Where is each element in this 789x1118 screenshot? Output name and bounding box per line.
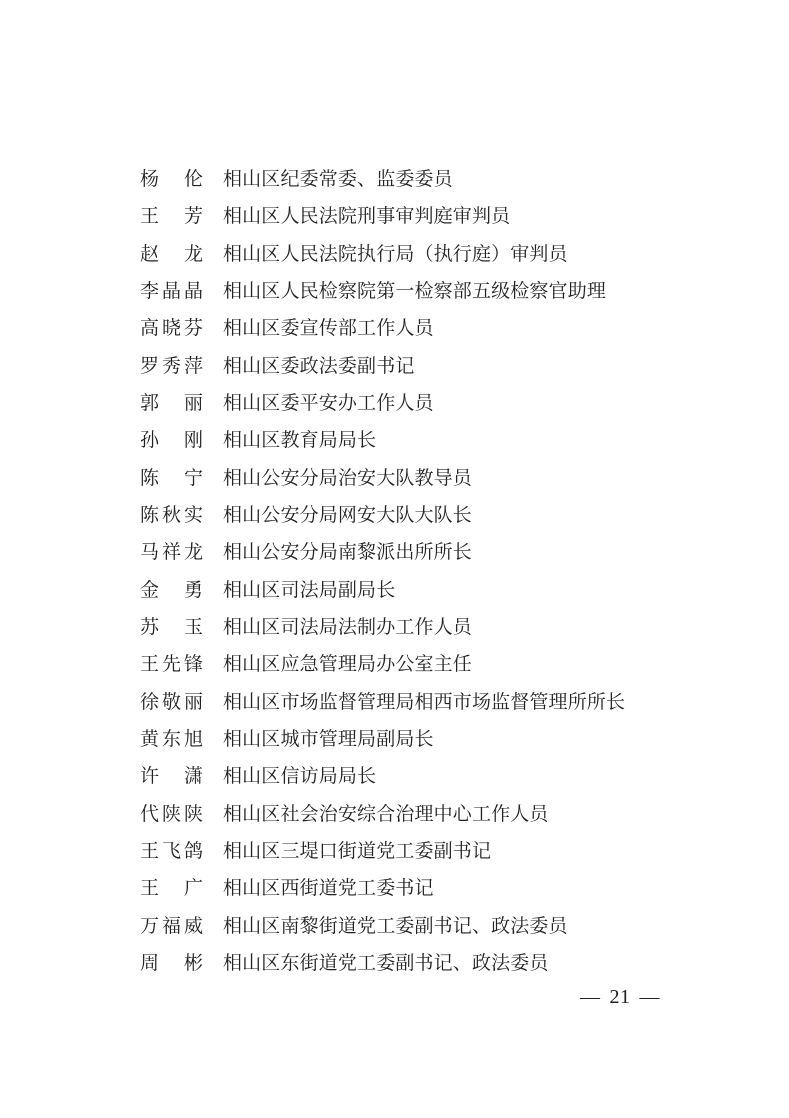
page-number-value: 21 <box>610 986 631 1008</box>
page-number-dash-right: — <box>640 986 661 1008</box>
roster-row: 杨伦相山区纪委常委、监委委员 <box>140 161 700 198</box>
person-name: 周彬 <box>140 945 203 982</box>
document-page: 杨伦相山区纪委常委、监委委员王芳相山区人民法院刑事审判庭审判员赵龙相山区人民法院… <box>0 0 789 1118</box>
person-name: 李晶晶 <box>140 273 203 310</box>
roster-row: 万福威相山区南黎街道党工委副书记、政法委员 <box>140 908 700 945</box>
person-title: 相山区司法局法制办工作人员 <box>223 609 472 646</box>
roster-row: 王广相山区西街道党工委书记 <box>140 870 700 907</box>
page-number-dash-left: — <box>580 986 601 1008</box>
person-name: 许潇 <box>140 758 203 795</box>
person-name: 赵龙 <box>140 236 203 273</box>
person-name: 王广 <box>140 870 203 907</box>
person-title: 相山区人民法院执行局（执行庭）审判员 <box>223 236 568 273</box>
person-title: 相山区城市管理局副局长 <box>223 721 434 758</box>
person-title: 相山区信访局局长 <box>223 758 376 795</box>
roster-row: 苏玉相山区司法局法制办工作人员 <box>140 609 700 646</box>
person-name: 杨伦 <box>140 161 203 198</box>
person-name: 徐敬丽 <box>140 684 203 721</box>
person-name: 王芳 <box>140 198 203 235</box>
person-title: 相山区教育局局长 <box>223 422 376 459</box>
roster-row: 王飞鸽相山区三堤口街道党工委副书记 <box>140 833 700 870</box>
person-title: 相山公安分局治安大队教导员 <box>223 460 472 497</box>
person-title: 相山区委平安办工作人员 <box>223 385 434 422</box>
person-name: 罗秀萍 <box>140 348 203 385</box>
roster-row: 黄东旭相山区城市管理局副局长 <box>140 721 700 758</box>
roster-row: 王芳相山区人民法院刑事审判庭审判员 <box>140 198 700 235</box>
person-name: 王先锋 <box>140 646 203 683</box>
roster-row: 李晶晶相山区人民检察院第一检察部五级检察官助理 <box>140 273 700 310</box>
person-title: 相山区司法局副局长 <box>223 572 395 609</box>
roster-row: 赵龙相山区人民法院执行局（执行庭）审判员 <box>140 236 700 273</box>
person-title: 相山区纪委常委、监委委员 <box>223 161 453 198</box>
person-title: 相山区人民法院刑事审判庭审判员 <box>223 198 510 235</box>
roster-row: 周彬相山区东街道党工委副书记、政法委员 <box>140 945 700 982</box>
roster-row: 王先锋相山区应急管理局办公室主任 <box>140 646 700 683</box>
person-name: 马祥龙 <box>140 534 203 571</box>
person-title: 相山区委政法委副书记 <box>223 348 415 385</box>
person-title: 相山区应急管理局办公室主任 <box>223 646 472 683</box>
roster-row: 代陕陕相山区社会治安综合治理中心工作人员 <box>140 796 700 833</box>
person-name: 苏玉 <box>140 609 203 646</box>
person-title: 相山公安分局南黎派出所所长 <box>223 534 472 571</box>
person-title: 相山区三堤口街道党工委副书记 <box>223 833 491 870</box>
roster-row: 孙刚相山区教育局局长 <box>140 422 700 459</box>
person-name: 王飞鸽 <box>140 833 203 870</box>
roster: 杨伦相山区纪委常委、监委委员王芳相山区人民法院刑事审判庭审判员赵龙相山区人民法院… <box>140 161 700 982</box>
person-title: 相山区委宣传部工作人员 <box>223 310 434 347</box>
person-title: 相山区南黎街道党工委副书记、政法委员 <box>223 908 568 945</box>
person-name: 陈宁 <box>140 460 203 497</box>
roster-row: 高晓芬相山区委宣传部工作人员 <box>140 310 700 347</box>
person-title: 相山公安分局网安大队大队长 <box>223 497 472 534</box>
roster-row: 罗秀萍相山区委政法委副书记 <box>140 348 700 385</box>
person-name: 万福威 <box>140 908 203 945</box>
person-name: 金勇 <box>140 572 203 609</box>
roster-row: 郭丽相山区委平安办工作人员 <box>140 385 700 422</box>
roster-row: 许潇相山区信访局局长 <box>140 758 700 795</box>
person-title: 相山区人民检察院第一检察部五级检察官助理 <box>223 273 606 310</box>
person-name: 黄东旭 <box>140 721 203 758</box>
roster-row: 陈宁相山公安分局治安大队教导员 <box>140 460 700 497</box>
person-title: 相山区社会治安综合治理中心工作人员 <box>223 796 549 833</box>
roster-row: 陈秋实相山公安分局网安大队大队长 <box>140 497 700 534</box>
roster-row: 金勇相山区司法局副局长 <box>140 572 700 609</box>
person-name: 高晓芬 <box>140 310 203 347</box>
person-title: 相山区西街道党工委书记 <box>223 870 434 907</box>
roster-row: 马祥龙相山公安分局南黎派出所所长 <box>140 534 700 571</box>
person-title: 相山区市场监督管理局相西市场监督管理所所长 <box>223 684 625 721</box>
page-number: —21— <box>0 986 660 1008</box>
person-name: 郭丽 <box>140 385 203 422</box>
person-name: 代陕陕 <box>140 796 203 833</box>
person-title: 相山区东街道党工委副书记、政法委员 <box>223 945 549 982</box>
person-name: 陈秋实 <box>140 497 203 534</box>
roster-row: 徐敬丽相山区市场监督管理局相西市场监督管理所所长 <box>140 684 700 721</box>
person-name: 孙刚 <box>140 422 203 459</box>
